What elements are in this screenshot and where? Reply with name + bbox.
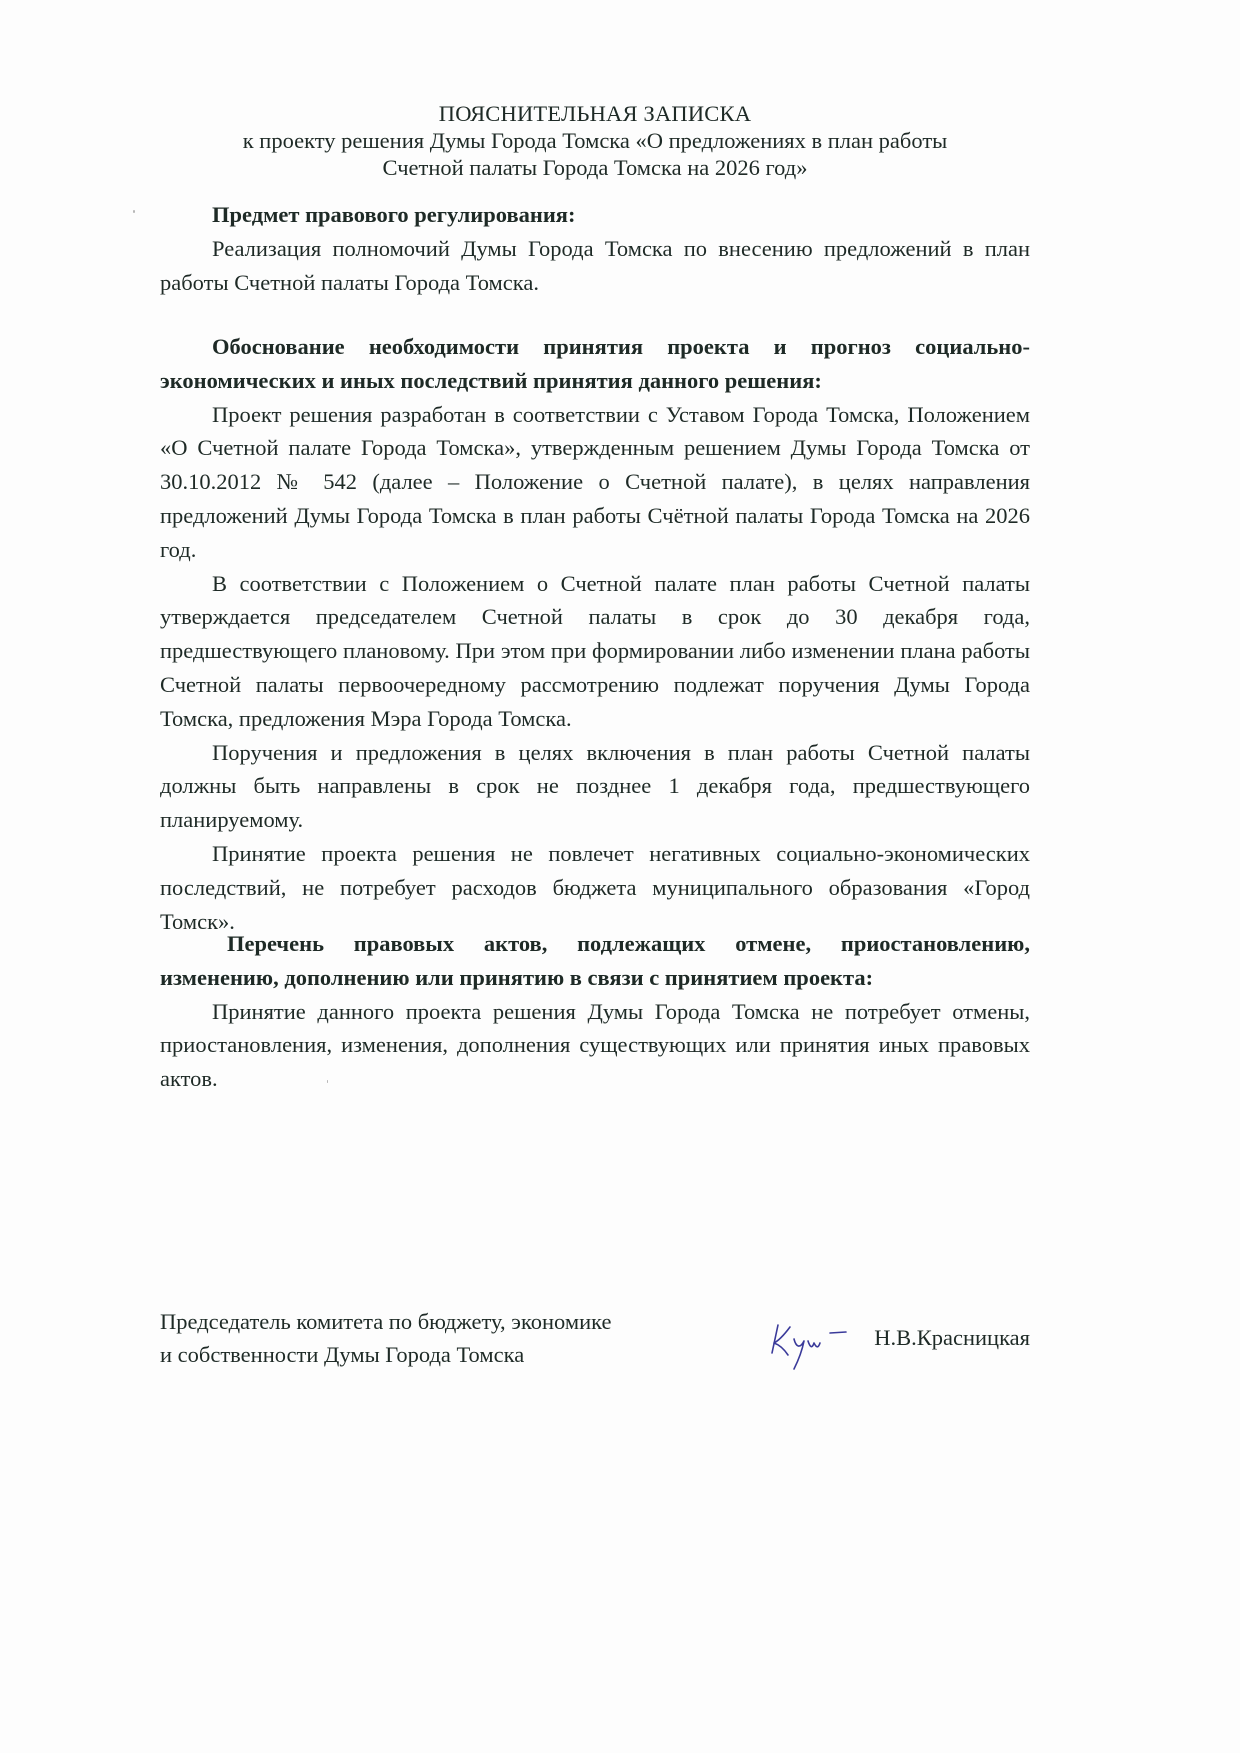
signatory-role: Председатель комитета по бюджету, эконом… (160, 1305, 612, 1371)
section-heading: Обоснование необходимости принятия проек… (160, 330, 1030, 398)
document-header: ПОЯСНИТЕЛЬНАЯ ЗАПИСКА к проекту решения … (160, 100, 1030, 181)
section-paragraph: Проект решения разработан в соответствии… (160, 398, 1030, 567)
section-legal-acts: Перечень правовых актов, подлежащих отме… (160, 927, 1030, 1096)
section-paragraph: Реализация полномочий Думы Города Томска… (160, 232, 1030, 300)
section-paragraph: Принятие данного проекта решения Думы Го… (160, 995, 1030, 1096)
scan-speck (133, 210, 135, 213)
signatory-role-line2: и собственности Думы Города Томска (160, 1338, 612, 1371)
signature-block: Председатель комитета по бюджету, эконом… (160, 1305, 1030, 1375)
section-heading: Предмет правового регулирования: (160, 198, 1030, 232)
document-subtitle-line2: Счетной палаты Города Томска на 2026 год… (160, 154, 1030, 181)
section-heading: Перечень правовых актов, подлежащих отме… (160, 927, 1030, 995)
section-paragraph: Поручения и предложения в целях включени… (160, 736, 1030, 837)
section-justification: Обоснование необходимости принятия проек… (160, 330, 1030, 938)
document-title: ПОЯСНИТЕЛЬНАЯ ЗАПИСКА (160, 100, 1030, 127)
section-paragraph: Принятие проекта решения не повлечет нег… (160, 837, 1030, 938)
signatory-role-line1: Председатель комитета по бюджету, эконом… (160, 1305, 612, 1338)
document-page: ПОЯСНИТЕЛЬНАЯ ЗАПИСКА к проекту решения … (0, 0, 1240, 1753)
section-subject: Предмет правового регулирования: Реализа… (160, 198, 1030, 299)
signatory-name: Н.В.Красницкая (874, 1321, 1030, 1354)
handwritten-signature-icon (750, 1317, 870, 1377)
section-paragraph: В соответствии с Положением о Счетной па… (160, 567, 1030, 736)
document-subtitle-line1: к проекту решения Думы Города Томска «О … (160, 127, 1030, 154)
